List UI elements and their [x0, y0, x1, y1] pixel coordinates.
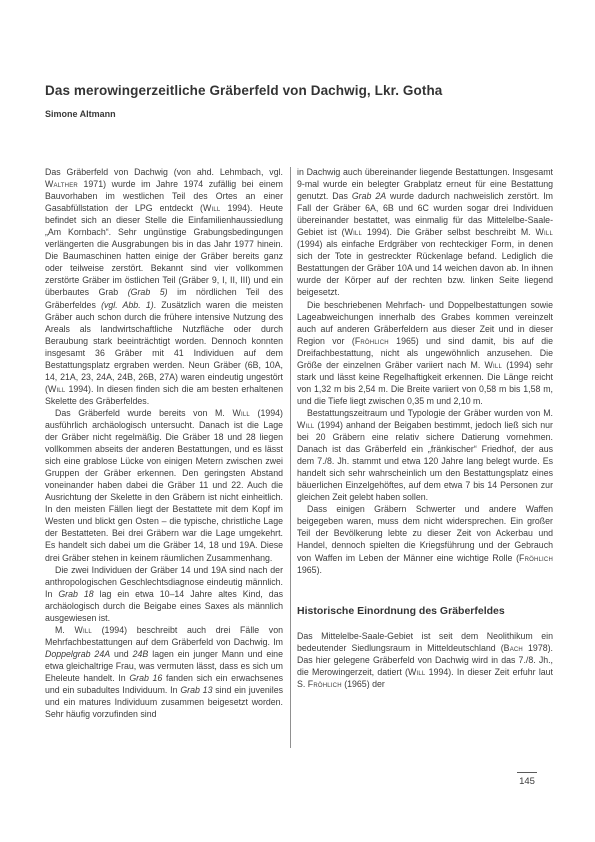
page-number: 145 [513, 776, 541, 787]
right-column-paragraphs: in Dachwig auch übereinander liegende Be… [297, 166, 553, 576]
paragraph: Die zwei Individuen der Gräber 14 und 19… [45, 564, 283, 624]
page-footer: 145 [513, 772, 541, 787]
right-column-paragraphs-after: Das Mittelelbe-Saale-Gebiet ist seit dem… [297, 630, 553, 690]
paragraph: Bestattungszeitraum und Typologie der Gr… [297, 407, 553, 503]
article-title: Das merowingerzeitliche Gräberfeld von D… [45, 83, 555, 98]
paragraph: Die beschriebenen Mehrfach- und Doppelbe… [297, 299, 553, 407]
paragraph: in Dachwig auch übereinander liegende Be… [297, 166, 553, 299]
paragraph: Das Gräberfeld wurde bereits von M. Will… [45, 407, 283, 564]
left-column: Das Gräberfeld von Dachwig (von ahd. Leh… [45, 166, 283, 720]
paragraph: Das Gräberfeld von Dachwig (von ahd. Leh… [45, 166, 283, 407]
column-divider [290, 167, 291, 748]
article-author: Simone Altmann [45, 109, 116, 119]
section-heading: Historische Einordnung des Gräberfeldes [297, 605, 553, 617]
right-column: in Dachwig auch übereinander liegende Be… [297, 166, 553, 690]
paragraph: M. Will (1994) beschreibt auch drei Fäll… [45, 624, 283, 720]
page-number-rule [517, 772, 537, 773]
paragraph: Dass einigen Gräbern Schwerter und ander… [297, 503, 553, 575]
paragraph: Das Mittelelbe-Saale-Gebiet ist seit dem… [297, 630, 553, 690]
document-page: Das merowingerzeitliche Gräberfeld von D… [0, 0, 595, 842]
